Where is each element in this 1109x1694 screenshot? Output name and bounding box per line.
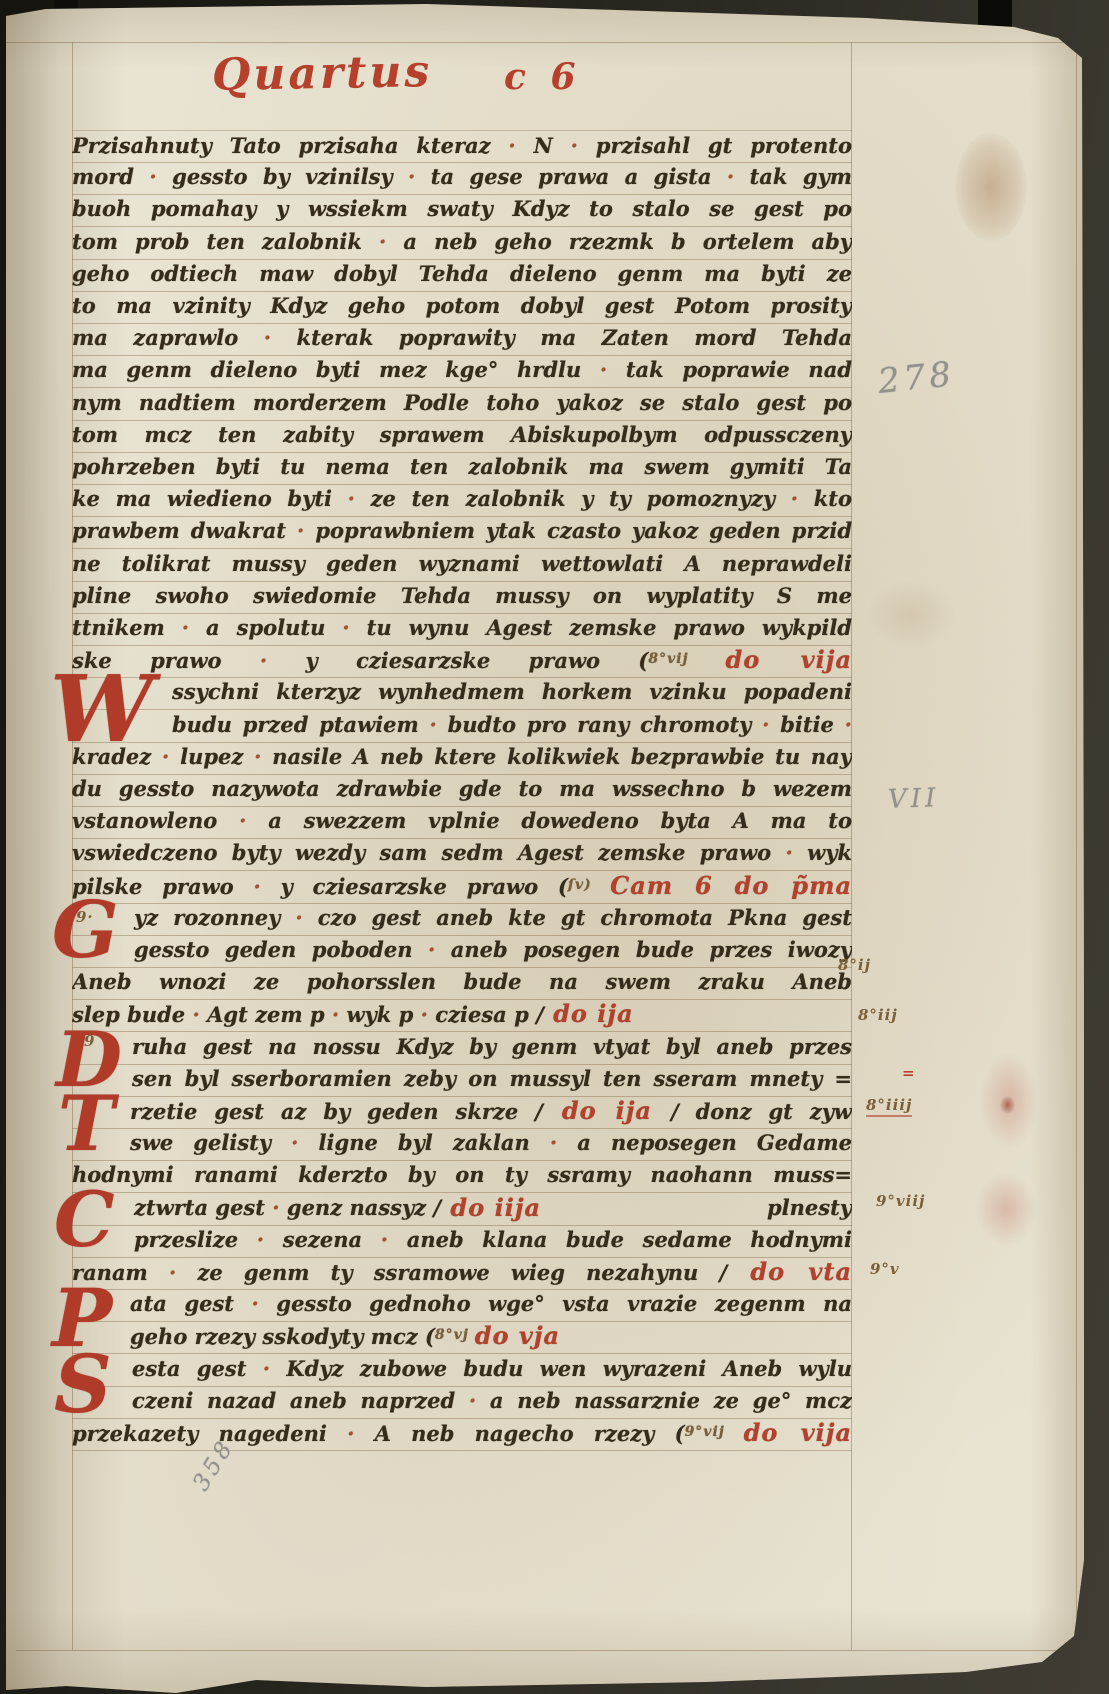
text-run: czeni nazad aneb naprzed · a neb nassarz… — [132, 1388, 852, 1413]
manuscript-scan: Quartus c 6 Przisahnuty Tato przisaha kt… — [0, 0, 1109, 1694]
manuscript-line: to ma vzinity Kdyz geho potom dobyl gest… — [72, 291, 852, 324]
red-point: · — [600, 357, 607, 382]
red-point: · — [169, 1260, 176, 1285]
manuscript-line: ssychni kterzyz wynhedmem horkem vzinku … — [72, 677, 852, 710]
manuscript-line: tom mcz ten zabity sprawem Abiskupolbym … — [72, 420, 852, 453]
manuscript-line: budu przed ptawiem · budto pro rany chro… — [72, 710, 852, 743]
text-run: du gessto nazywota zdrawbie gde to ma ws… — [72, 776, 852, 801]
initial-letter: S — [54, 1348, 112, 1420]
text-run: tom mcz ten zabity sprawem Abiskupolbym … — [72, 422, 852, 447]
rubric-text: do ija — [544, 999, 634, 1028]
text-run: przeslize · sezena · aneb klana bude sed… — [134, 1227, 852, 1252]
manuscript-line: sen byl sserboramien zeby on mussyl ten … — [72, 1064, 852, 1097]
manuscript-line: Przisahnuty Tato przisaha kteraz · N · p… — [72, 130, 852, 163]
stain — [980, 1052, 1038, 1150]
red-point: · — [727, 164, 734, 189]
margin-gloss: 9°viij — [876, 1192, 925, 1210]
text-run: ranam · ze genm ty ssramowe wieg nezahyn… — [72, 1260, 727, 1285]
text-run: to ma vzinity Kdyz geho potom dobyl gest… — [72, 293, 852, 318]
red-point: · — [162, 744, 169, 769]
manuscript-line: pilske prawo · y cziesarzske prawo (ſv) … — [72, 871, 852, 904]
red-point: · — [182, 615, 189, 640]
manuscript-line: vstanowleno · a swezzem vplnie dowedeno … — [72, 806, 852, 839]
text-run: ttnikem · a spolutu · tu wynu Agest zems… — [72, 615, 852, 640]
rubric-text: do iija — [441, 1193, 550, 1225]
manuscript-line: gessto geden poboden · aneb posegen bude… — [72, 935, 852, 968]
text-run: slep bude · Agt zem p · wyk p · cziesa p… — [72, 1002, 544, 1027]
text-run: ztwrta gest · genz nassyz / — [134, 1193, 441, 1225]
manuscript-line: yz rozonney · czo gest aneb kte gt chrom… — [72, 903, 852, 936]
text-run: ke ma wiedieno byti · ze ten zalobnik y … — [72, 486, 852, 511]
running-title: Quartus — [212, 46, 433, 101]
initial-letter: G — [52, 896, 119, 966]
text-run: vswiedczeno byty wezdy sam sedm Agest ze… — [72, 840, 852, 865]
manuscript-line: geho odtiech maw dobyl Tehda dieleno gen… — [72, 259, 852, 292]
manuscript-line: ata gest · gessto gednoho wge° vsta vraz… — [72, 1289, 852, 1322]
text-run: pilske prawo · y cziesarzske prawo ( — [72, 874, 568, 899]
rubric-text: do vija — [744, 1418, 852, 1447]
initial-letter: T — [58, 1090, 115, 1158]
text-run: vstanowleno · a swezzem vplnie dowedeno … — [72, 808, 852, 833]
red-point: · — [845, 712, 852, 737]
text-run: przekazety nagedeni · A neb nagecho rzez… — [72, 1421, 685, 1446]
red-point: · — [264, 325, 271, 350]
text-run: ma zaprawlo · kterak poprawity ma Zaten … — [72, 325, 852, 350]
stain — [866, 580, 956, 650]
frame-rule-edge — [1076, 48, 1077, 1650]
text-run: gessto geden poboden · aneb posegen bude… — [134, 937, 852, 962]
manuscript-line: esta gest · Kdyz zubowe budu wen wyrazen… — [72, 1354, 852, 1387]
gloss-mark: ſv) — [568, 877, 610, 893]
margin-gloss: 8°iiij — [866, 1096, 912, 1117]
red-point: · — [342, 615, 349, 640]
manuscript-line: ztwrta gest · genz nassyz / do iija plne… — [72, 1193, 852, 1226]
red-point: · — [348, 486, 355, 511]
text-run: geho rzezy sskodyty mcz ( — [130, 1324, 435, 1349]
pencil-note: 278 — [876, 354, 957, 402]
text-run: Aneb wnozi ze pohorsslen bude na swem zr… — [72, 969, 852, 994]
text-run: pline swoho swiedomie Tehda mussy on wyp… — [72, 583, 852, 608]
gloss-mark: 9°vij — [685, 1424, 744, 1440]
text-run: plnesty — [767, 1193, 852, 1225]
text-run: yz rozonney · czo gest aneb kte gt chrom… — [134, 905, 852, 930]
margin-gloss: 9 — [84, 1032, 95, 1050]
manuscript-line: przeslize · sezena · aneb klana bude sed… — [72, 1225, 852, 1258]
text-run: ssychni kterzyz wynhedmem horkem vzinku … — [172, 679, 852, 704]
text-run: kradez · lupez · nasile A neb ktere koli… — [72, 744, 852, 769]
pencil-note: VII — [887, 783, 939, 815]
initial-letter: W — [50, 668, 153, 751]
text-run: ata gest · gessto gednoho wge° vsta vraz… — [130, 1291, 852, 1316]
manuscript-line: ttnikem · a spolutu · tu wynu Agest zems… — [72, 613, 852, 646]
text-run: mord · gessto by vzinilsy · ta gese praw… — [72, 164, 852, 189]
manuscript-line: buoh pomahay y wssiekm swaty Kdyz to sta… — [72, 194, 852, 227]
red-point: · — [295, 905, 302, 930]
manuscript-page: Quartus c 6 Przisahnuty Tato przisaha kt… — [6, 0, 1084, 1694]
red-point: · — [379, 229, 386, 254]
stain — [1000, 1096, 1015, 1114]
margin-gloss: 8°iij — [858, 1006, 898, 1024]
manuscript-line: du gessto nazywota zdrawbie gde to ma ws… — [72, 774, 852, 807]
manuscript-line: kradez · lupez · nasile A neb ktere koli… — [72, 742, 852, 775]
red-point: · — [291, 1130, 298, 1155]
red-point: · — [508, 133, 515, 158]
manuscript-line: pline swoho swiedomie Tehda mussy on wyp… — [72, 581, 852, 614]
red-point: · — [257, 1227, 264, 1252]
red-point: · — [332, 1002, 339, 1027]
manuscript-line: swe gelisty · ligne byl zaklan · a nepos… — [72, 1128, 852, 1161]
manuscript-line: Aneb wnozi ze pohorsslen bude na swem zr… — [72, 967, 852, 1000]
margin-gloss: = — [902, 1064, 916, 1082]
red-point: · — [571, 133, 578, 158]
red-point: · — [260, 648, 267, 673]
red-point: · — [428, 937, 435, 962]
red-point: · — [381, 1227, 388, 1252]
chapter-number: c 6 — [504, 56, 582, 98]
text-run: ne tolikrat mussy geden wyznami wettowla… — [72, 551, 852, 576]
manuscript-line: mord · gessto by vzinilsy · ta gese praw… — [72, 162, 852, 195]
manuscript-line: vswiedczeno byty wezdy sam sedm Agest ze… — [72, 838, 852, 871]
initial-letter: C — [54, 1186, 115, 1254]
red-point: · — [263, 1356, 270, 1381]
manuscript-line: slep bude · Agt zem p · wyk p · cziesa p… — [72, 999, 852, 1032]
text-run: nym nadtiem morderzem Podle toho yakoz s… — [72, 390, 852, 415]
manuscript-line: czeni nazad aneb naprzed · a neb nassarz… — [72, 1386, 852, 1419]
margin-gloss: 8°ij — [838, 956, 871, 974]
red-point: · — [786, 840, 793, 865]
red-point: · — [252, 1291, 259, 1316]
manuscript-line: ma genm dieleno byti mez kge° hrdlu · ta… — [72, 355, 852, 388]
rubric-text: do ija — [543, 1096, 671, 1125]
frame-rule-bottom — [16, 1650, 1070, 1651]
red-point: · — [347, 1421, 354, 1446]
red-point: · — [469, 1388, 476, 1413]
rubric-text: Cam 6 do p̃ma — [610, 871, 852, 900]
rubric-text: do vta — [727, 1257, 852, 1286]
manuscript-line: hodnymi ranami kderzto by on ty ssramy n… — [72, 1160, 852, 1193]
manuscript-line: ske prawo · y cziesarzske prawo (8°vij d… — [72, 645, 852, 678]
text-run: swe gelisty · ligne byl zaklan · a nepos… — [130, 1130, 852, 1155]
rubric-text: do vija — [726, 645, 852, 674]
rubric-text: do vja — [475, 1321, 560, 1350]
red-point: · — [254, 744, 261, 769]
manuscript-line: ne tolikrat mussy geden wyznami wettowla… — [72, 549, 852, 582]
manuscript-line: ruha gest na nossu Kdyz by genm vtyat by… — [72, 1032, 852, 1065]
photo-background: Quartus c 6 Przisahnuty Tato przisaha kt… — [0, 0, 1109, 1694]
text-run: sen byl sserboramien zeby on mussyl ten … — [132, 1066, 852, 1091]
text-run: / donz gt zyw — [671, 1099, 852, 1124]
text-run: buoh pomahay y wssiekm swaty Kdyz to sta… — [72, 196, 852, 221]
stain — [955, 133, 1027, 241]
manuscript-line: tom prob ten zalobnik · a neb geho rzezm… — [72, 227, 852, 260]
red-point: · — [192, 1002, 199, 1027]
manuscript-line: nym nadtiem morderzem Podle toho yakoz s… — [72, 388, 852, 421]
red-point: · — [253, 874, 260, 899]
text-run: tom prob ten zalobnik · a neb geho rzezm… — [72, 229, 852, 254]
manuscript-line: ma zaprawlo · kterak poprawity ma Zaten … — [72, 323, 852, 356]
text-run: rzetie gest az by geden skrze / — [130, 1099, 543, 1124]
red-point: · — [550, 1130, 557, 1155]
manuscript-line: rzetie gest az by geden skrze / do ija /… — [72, 1096, 852, 1129]
text-run: prawbem dwakrat · poprawbniem ytak czast… — [72, 518, 852, 543]
text-run: ske prawo · y cziesarzske prawo ( — [72, 648, 648, 673]
text-run: ruha gest na nossu Kdyz by genm vtyat by… — [132, 1034, 852, 1059]
red-point: · — [297, 518, 304, 543]
red-point: · — [239, 808, 246, 833]
manuscript-line: przekazety nagedeni · A neb nagecho rzez… — [72, 1418, 852, 1451]
margin-gloss: 9°v — [870, 1260, 900, 1278]
gloss-mark: 8°vij — [648, 651, 725, 667]
red-point: · — [421, 1002, 428, 1027]
margin-gloss: 9· — [76, 908, 94, 926]
stain — [975, 1172, 1037, 1246]
red-point: · — [408, 164, 415, 189]
manuscript-line: geho rzezy sskodyty mcz (8°vj do vja — [72, 1321, 852, 1354]
frame-rule-top — [6, 42, 1076, 43]
manuscript-line: ke ma wiedieno byti · ze ten zalobnik y … — [72, 484, 852, 517]
manuscript-line: prawbem dwakrat · poprawbniem ytak czast… — [72, 516, 852, 549]
text-run: pohrzeben byti tu nema ten zalobnik ma s… — [72, 454, 852, 479]
text-run: geho odtiech maw dobyl Tehda dieleno gen… — [72, 261, 852, 286]
text-run: hodnymi ranami kderzto by on ty ssramy n… — [72, 1162, 852, 1187]
manuscript-line: ranam · ze genm ty ssramowe wieg nezahyn… — [72, 1257, 852, 1290]
manuscript-line: pohrzeben byti tu nema ten zalobnik ma s… — [72, 452, 852, 485]
red-point: · — [272, 1195, 279, 1220]
red-point: · — [149, 164, 156, 189]
gloss-mark: 8°vj — [435, 1327, 475, 1343]
text-run: ma genm dieleno byti mez kge° hrdlu · ta… — [72, 357, 852, 382]
text-run: esta gest · Kdyz zubowe budu wen wyrazen… — [132, 1356, 852, 1381]
text-run: budu przed ptawiem · budto pro rany chro… — [172, 712, 852, 737]
red-point: · — [762, 712, 769, 737]
text-run: Przisahnuty Tato przisaha kteraz · N · p… — [72, 133, 852, 158]
red-point: · — [430, 712, 437, 737]
red-point: · — [791, 486, 798, 511]
